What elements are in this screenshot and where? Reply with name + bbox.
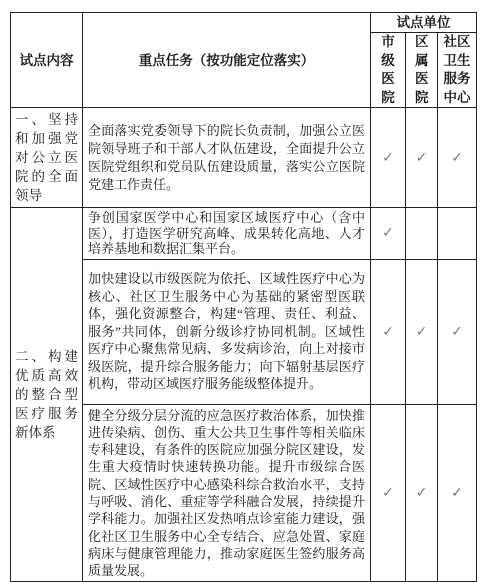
check-mark: ✓ — [406, 108, 438, 208]
section-1-label: 一、坚持和加强党对公立医院的全面领导 — [11, 108, 83, 208]
header-unit-district-hospital: 区属医院 — [406, 33, 438, 108]
header-key-tasks: 重点任务（按功能定位落实） — [83, 13, 371, 108]
check-mark: ✓ — [371, 259, 406, 404]
check-mark: ✓ — [371, 108, 406, 208]
header-unit-community-health-center: 社区卫生服务中心 — [438, 33, 477, 108]
pilot-tasks-table: 试点内容 重点任务（按功能定位落实） 试点单位 市级医院 区属医院 社区卫生服务… — [10, 12, 477, 582]
section-2-label: 二、构建优质高效的整合型医疗服务新体系 — [11, 208, 83, 582]
section-2-task-2-text: 加快建设以市级医院为依托、区域性医疗中心为核心、社区卫生服务中心为基础的紧密型医… — [83, 259, 371, 404]
check-mark: ✓ — [438, 108, 477, 208]
section-2-task-3-text: 健全分级分层分流的应急医疗救治体系，加快推进传染病、创伤、重大公共卫生事件等相关… — [83, 404, 371, 582]
check-mark: ✓ — [406, 259, 438, 404]
header-pilot-units: 试点单位 — [371, 13, 477, 33]
check-mark: ✓ — [438, 404, 477, 582]
section-2-task-1-text: 争创国家医学中心和国家区域医疗中心（含中医），打造医学研究高峰、成果转化高地、人… — [83, 208, 371, 260]
check-mark — [406, 208, 438, 260]
check-mark: ✓ — [406, 404, 438, 582]
section-1-task-1-text: 全面落实党委领导下的院长负责制，加强公立医院领导班子和干部人才队伍建设，全面提升… — [83, 108, 371, 208]
header-pilot-content: 试点内容 — [11, 13, 83, 108]
check-mark: ✓ — [371, 404, 406, 582]
check-mark: ✓ — [371, 208, 406, 260]
document-page: 试点内容 重点任务（按功能定位落实） 试点单位 市级医院 区属医院 社区卫生服务… — [0, 0, 483, 582]
header-unit-municipal-hospital: 市级医院 — [371, 33, 406, 108]
check-mark: ✓ — [438, 259, 477, 404]
check-mark — [438, 208, 477, 260]
